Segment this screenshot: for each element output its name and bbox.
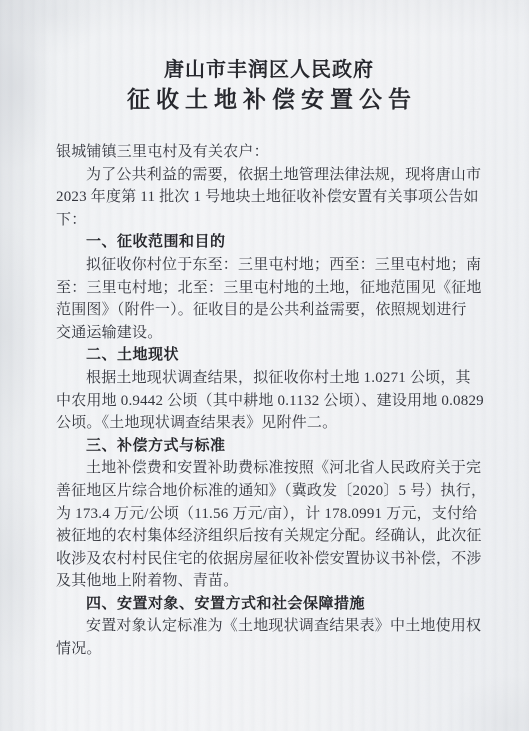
- intro-line-1: 为了公共利益的需要，依据土地管理法律法规，现将唐山市: [56, 164, 482, 187]
- section-heading-3: 三、补偿方式与标准: [56, 435, 482, 458]
- document-body: 银城铺镇三里屯村及有关农户： 为了公共利益的需要，依据土地管理法律法规，现将唐山…: [56, 141, 482, 661]
- intro-line-2: 2023 年度第 11 批次 1 号地块土地征收补偿安置有关事项公告如: [56, 186, 482, 209]
- section1-line-4: 交通运输建设。: [56, 322, 482, 345]
- section-heading-4: 四、安置对象、安置方式和社会保障措施: [56, 593, 482, 616]
- section4-line-1: 安置对象认定标准为《土地现状调查结果表》中土地使用权: [56, 615, 482, 638]
- section4-line-2: 情况。: [56, 638, 482, 661]
- section3-line-3: 为 173.4 万元/公顷（11.56 万元/亩），计 178.0991 万元，…: [56, 503, 482, 526]
- section3-line-6: 及其他地上附着物、青苗。: [56, 570, 482, 593]
- section3-line-4: 被征地的农村集体经济组织后按有关规定分配。经确认，此次征: [56, 525, 482, 548]
- section-heading-2: 二、土地现状: [56, 344, 482, 367]
- section3-line-2: 善征地区片综合地价标准的通知》（冀政发〔2020〕5 号）执行，: [56, 480, 482, 503]
- document-title-announcement: 征收土地补偿安置公告: [56, 87, 482, 113]
- document-title-government: 唐山市丰润区人民政府: [56, 58, 482, 82]
- section2-line-3: 公顷。《土地现状调查结果表》见附件二。: [56, 412, 482, 435]
- section1-line-3: 范围图》（附件一）。征收目的是公共利益需要，依照规划进行: [56, 299, 482, 322]
- section2-line-2: 中农用地 0.9442 公顷（其中耕地 0.1132 公顷）、建设用地 0.08…: [56, 390, 482, 413]
- section-heading-1: 一、征收范围和目的: [56, 231, 482, 254]
- intro-line-3: 下：: [56, 209, 482, 232]
- salutation-line: 银城铺镇三里屯村及有关农户：: [56, 141, 482, 164]
- section1-line-1: 拟征收你村位于东至：三里屯村地；西至：三里屯村地；南: [56, 254, 482, 277]
- section2-line-1: 根据土地现状调查结果，拟征收你村土地 1.0271 公顷，其: [56, 367, 482, 390]
- section1-line-2: 至：三里屯村地；北至：三里屯村地的土地，征地范围见《征地: [56, 277, 482, 300]
- scanned-page-background: 唐山市丰润区人民政府 征收土地补偿安置公告 银城铺镇三里屯村及有关农户： 为了公…: [0, 0, 529, 731]
- section3-line-1: 土地补偿费和安置补助费标准按照《河北省人民政府关于完: [56, 457, 482, 480]
- document-content: 唐山市丰润区人民政府 征收土地补偿安置公告 银城铺镇三里屯村及有关农户： 为了公…: [56, 58, 482, 661]
- scanned-document-screenshot: { "document": { "title_line1": "唐山市丰润区人民…: [0, 0, 529, 731]
- section3-line-5: 收涉及农村村民住宅的依据房屋征收补偿安置协议书补偿，不涉: [56, 548, 482, 571]
